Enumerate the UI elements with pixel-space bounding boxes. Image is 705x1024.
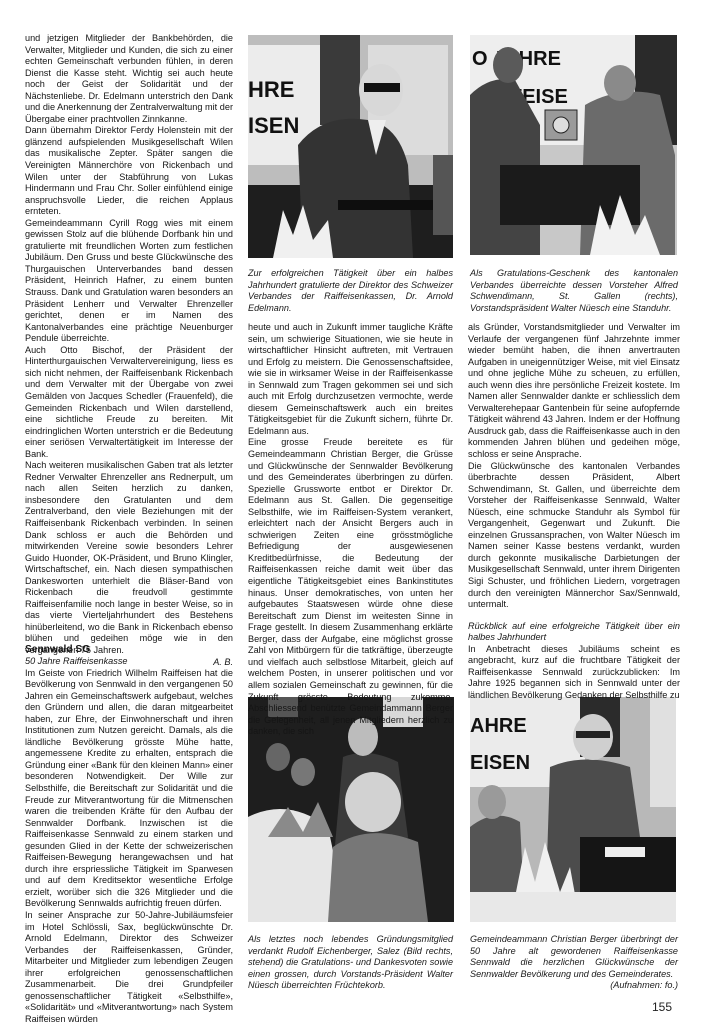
article-heading: Sennwald SG xyxy=(25,644,233,656)
article-subheading: 50 Jahre Raiffeisenkasse xyxy=(25,656,233,668)
paragraph: und jetzigen Mitglieder der Bankbehörden… xyxy=(25,33,233,125)
svg-text:EISEN: EISEN xyxy=(470,752,530,774)
svg-text:ISEN: ISEN xyxy=(248,113,299,138)
column-right: als Gründer, Vorstandsmitglieder und Ver… xyxy=(468,322,680,702)
paragraph: Dann übernahm Direktor Ferdy Holenstein … xyxy=(25,125,233,217)
photo-caption-berger: Gemeindeammann Christian Berger überbrin… xyxy=(470,934,678,992)
paragraph: In seiner Ansprache zur 50-Jahre-Jubiläu… xyxy=(25,910,233,1024)
paragraph: Gemeindeammann Cyrill Rogg wies mit eine… xyxy=(25,218,233,345)
paragraph: In Anbetracht dieses Jubiläums scheint e… xyxy=(468,644,680,702)
column-middle: heute und auch in Zukunft immer tauglich… xyxy=(248,322,453,738)
svg-text:AHRE: AHRE xyxy=(470,715,527,737)
paragraph: als Gründer, Vorstandsmitglieder und Ver… xyxy=(468,322,680,461)
photo-berger-speech: AHRE EISEN xyxy=(470,697,676,922)
photo-image: O JAHRE FEISE xyxy=(470,35,677,255)
photo-clock-presentation: O JAHRE FEISE xyxy=(470,35,677,255)
photo-caption-eichenberger: Als letztes noch lebendes Gründungsmitgl… xyxy=(248,934,453,992)
paragraph: Die Glückwünsche des kantonalen Verbande… xyxy=(468,461,680,611)
article-sennwald: Sennwald SG 50 Jahre Raiffeisenkasse Im … xyxy=(25,644,233,1024)
column-left: und jetzigen Mitglieder der Bankbehörden… xyxy=(25,33,233,668)
photo-caption-clock: Als Gratulations-Geschenk des kantonalen… xyxy=(470,268,678,314)
paragraph: heute und auch in Zukunft immer tauglich… xyxy=(248,322,453,437)
paragraph: Nach weiteren musikalischen Gaben trat a… xyxy=(25,460,233,656)
paragraph: Auch Otto Bischof, der Präsident der Hin… xyxy=(25,345,233,460)
section-subheading: Rückblick auf eine erfolgreiche Tätigkei… xyxy=(468,621,680,644)
photo-caption-edelmann: Zur erfolgreichen Tätigkeit über ein hal… xyxy=(248,268,453,314)
photo-credit: (Aufnahmen: fo.) xyxy=(470,980,678,992)
paragraph: Eine grosse Freude bereitete es für Geme… xyxy=(248,437,453,737)
photo-image: AHRE EISEN xyxy=(470,697,676,922)
photo-image: HRE ISEN xyxy=(248,35,453,258)
page-number: 155 xyxy=(652,1000,672,1014)
paragraph: Im Geiste von Friedrich Wilhelm Raiffeis… xyxy=(25,668,233,910)
caption-text: Gemeindeammann Christian Berger überbrin… xyxy=(470,934,678,979)
photo-edelmann-speech: HRE ISEN xyxy=(248,35,453,258)
svg-text:HRE: HRE xyxy=(248,77,294,102)
